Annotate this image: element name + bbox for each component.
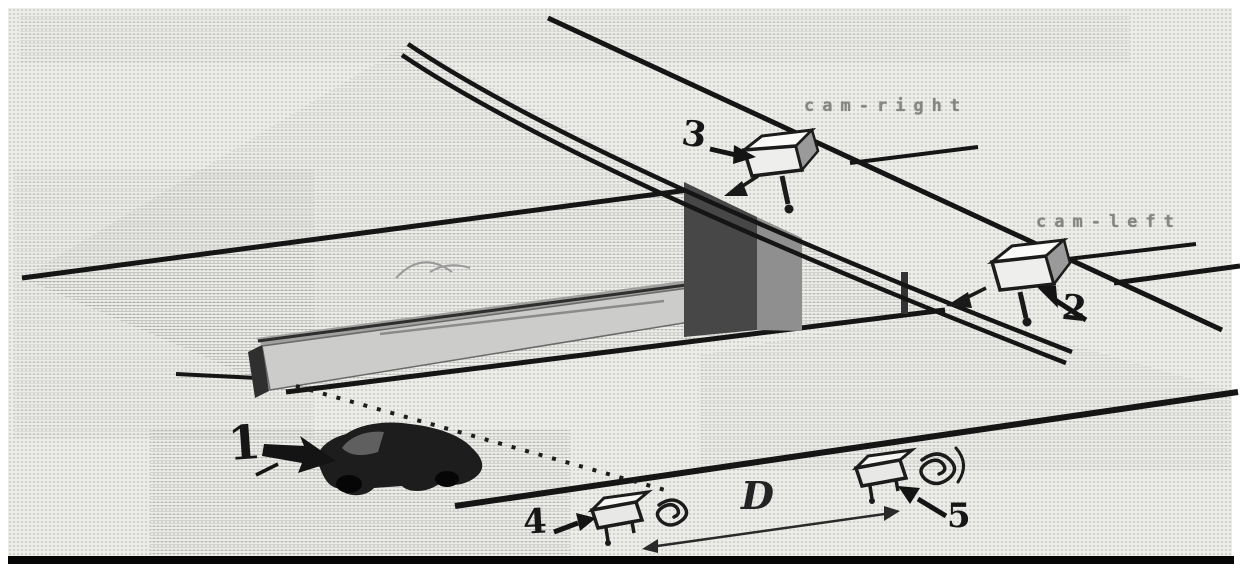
cable-coil-icon-4	[657, 500, 686, 525]
diagram-artwork	[0, 0, 1240, 580]
distance-arrow-right-head	[884, 506, 900, 521]
camera-right-device	[724, 130, 818, 214]
wall-front-face	[262, 287, 702, 390]
figure-bottom-border	[8, 556, 1234, 564]
callout-3-arrow-shaft	[710, 149, 736, 155]
sensor-4-leg2	[632, 522, 634, 533]
camera-left-device	[946, 240, 1070, 327]
callout-3-label: 3	[680, 115, 709, 153]
guardrail-stub-line	[176, 374, 258, 378]
sensor-5-foot	[869, 498, 875, 504]
sensor-4-leg	[606, 528, 608, 541]
bridge-pillar	[684, 182, 802, 337]
callout-4-arrow-shaft	[554, 523, 578, 532]
callout-5-arrow-shaft	[918, 499, 946, 516]
camera-left-front-face	[992, 256, 1054, 290]
car-rear-wheel	[435, 471, 459, 487]
median-wall	[248, 280, 704, 398]
cam-left-pointer-line	[1068, 244, 1196, 259]
lower-road-far-edge-line	[22, 190, 688, 278]
callout-5-label: 5	[947, 499, 971, 533]
bridge-support-post	[901, 272, 908, 314]
camera-left-mount-foot	[1023, 318, 1032, 327]
camera-left-view-arrowhead	[946, 292, 972, 308]
camera-right-front-face	[744, 146, 802, 176]
sensor-4-device	[592, 492, 648, 546]
scanned-figure: cam-right cam-left 1 2 3 4 5 D	[0, 0, 1240, 580]
callout-4-label: 4	[522, 504, 547, 539]
callout-5-arrowhead	[898, 486, 920, 504]
car-front-wheel	[336, 475, 362, 493]
camera-right-mount-post	[782, 176, 788, 204]
camera-left-mount-post	[1020, 292, 1026, 318]
cam-right-label: cam-right	[804, 96, 968, 116]
lower-road-near-edge-line	[455, 392, 1238, 506]
cam-right-pointer-line	[850, 147, 978, 163]
sensor-5-leg2	[896, 480, 898, 491]
hill-sketch-line	[396, 262, 452, 278]
callout-2-arrowhead	[1036, 286, 1058, 308]
camera-right-mount-foot	[785, 205, 794, 214]
right-road-edge-line	[1114, 266, 1240, 283]
distance-label: D	[741, 477, 774, 515]
cable-coil-icon-5	[921, 448, 964, 484]
callout-1-label: 1	[226, 419, 262, 468]
sensor-5-device	[856, 450, 912, 504]
distance-arrow-left-head	[642, 539, 658, 553]
callout-2-label: 2	[1060, 290, 1088, 327]
sensor-5-leg	[870, 486, 872, 499]
cam-left-label: cam-left	[1036, 212, 1182, 232]
background-sketch	[396, 262, 470, 278]
sensor-4-foot	[605, 540, 611, 546]
